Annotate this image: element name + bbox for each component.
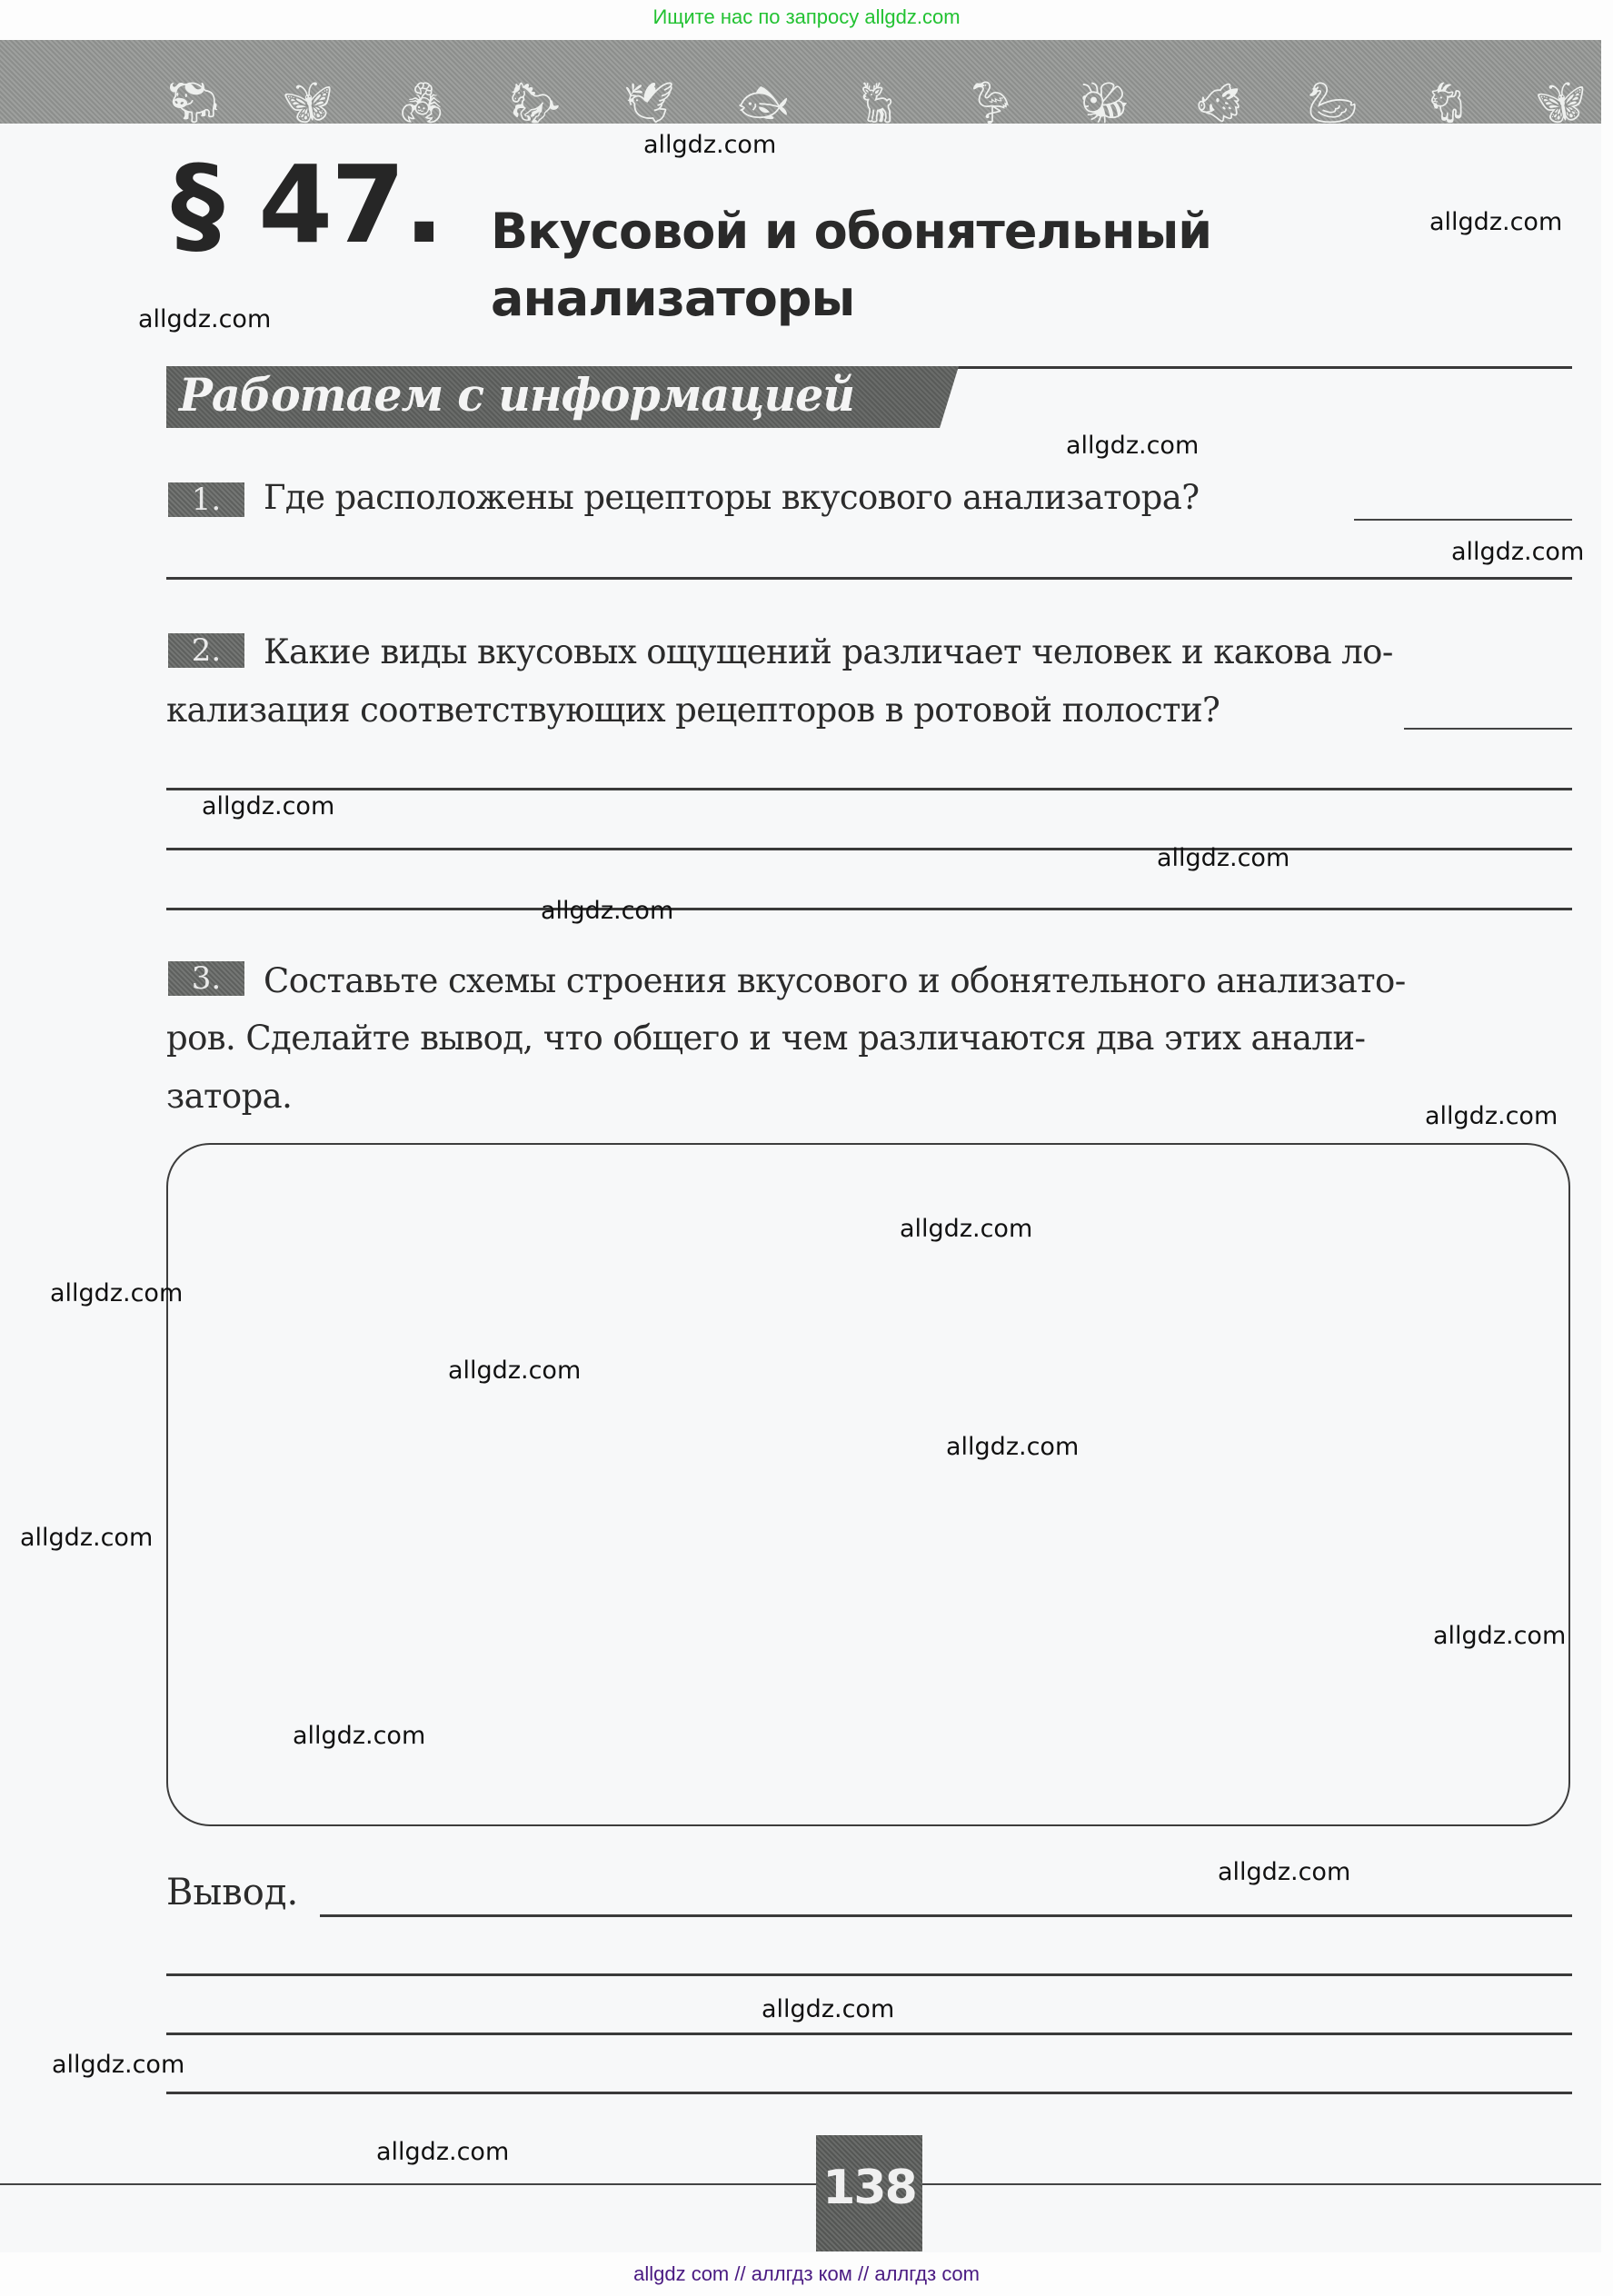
watermark: allgdz.com (376, 2138, 509, 2166)
chapter-title-line2: анализаторы (491, 265, 1309, 333)
scorpion-icon: 🦂︎ (396, 84, 447, 124)
answer-line[interactable] (1354, 519, 1572, 521)
question-text: Где расположены рецепторы вкусового анал… (264, 469, 1199, 527)
answer-line[interactable] (166, 1973, 1572, 1976)
answer-line[interactable] (166, 848, 1572, 850)
answer-line[interactable] (166, 788, 1572, 790)
answer-line[interactable] (1404, 728, 1572, 730)
chapter-title: Вкусовой и обонятельный анализаторы (491, 198, 1309, 333)
answer-line[interactable] (166, 2092, 1572, 2094)
animal-silhouettes: 🐃︎ 🦋︎ 🦂︎ 🐎︎ 🕊︎ 🐟︎ 🦌︎ 🦩︎ 🐝︎ 🐗︎ 🦢︎ 🐐︎ 🦋︎ (168, 71, 1586, 124)
answer-line[interactable] (166, 908, 1572, 910)
question-text: затора. (166, 1068, 292, 1126)
watermark: allgdz.com (1066, 432, 1199, 460)
watermark: allgdz.com (52, 2051, 184, 2079)
watermark: allgdz.com (762, 1995, 894, 2023)
page-number: 138 (816, 2161, 922, 2215)
answer-line[interactable] (166, 577, 1572, 580)
watermark: allgdz.com (541, 897, 673, 925)
search-hint-watermark: Ищите нас по запросу allgdz.com (0, 5, 1613, 29)
conclusion-label: Вывод. (166, 1872, 298, 1913)
section-heading: Работаем с информацией (166, 366, 959, 428)
question-text: ров. Сделайте вывод, что общего и чем ра… (166, 1009, 1365, 1068)
crane-icon: 🦢︎ (1307, 84, 1358, 124)
horse-icon: 🐎︎ (510, 84, 561, 124)
boar-icon: 🐗︎ (1193, 84, 1244, 124)
question-number-badge: 3. (168, 961, 244, 996)
footer-rule (0, 2183, 1601, 2185)
bottom-watermark-links: allgdz com // аллгдз ком // аллгдз com (0, 2262, 1613, 2286)
bison-icon: 🐃︎ (168, 84, 219, 124)
insect-icon: 🐝︎ (1080, 84, 1130, 124)
heron-icon: 🦩︎ (965, 84, 1016, 124)
fish-icon: 🐟︎ (738, 84, 789, 124)
answer-line[interactable] (166, 2033, 1572, 2035)
question-number-badge: 2. (168, 633, 244, 668)
watermark: allgdz.com (202, 792, 334, 820)
section-heading-text: Работаем с информацией (179, 368, 854, 422)
watermark: allgdz.com (448, 1357, 581, 1385)
moth-icon: 🦋︎ (1535, 84, 1586, 124)
watermark: allgdz.com (1451, 538, 1584, 566)
watermark: allgdz.com (1429, 208, 1562, 236)
watermark: allgdz.com (20, 1524, 153, 1552)
butterfly-icon: 🦋︎ (282, 84, 333, 124)
question-text: Какие виды вкусовых ощущений различает ч… (264, 623, 1393, 681)
watermark: allgdz.com (50, 1279, 183, 1307)
watermark: allgdz.com (1157, 844, 1289, 872)
chapter-number: § 47. (171, 151, 443, 258)
page-number-box: 138 (816, 2135, 922, 2251)
question-number-badge: 1. (168, 482, 244, 517)
chapter-title-line1: Вкусовой и обонятельный (491, 198, 1309, 265)
watermark: allgdz.com (138, 305, 271, 333)
deer-icon: 🦌︎ (851, 84, 902, 124)
antelope-icon: 🐐︎ (1421, 84, 1472, 124)
answer-line[interactable] (320, 1914, 1572, 1917)
question-text: Составьте схемы строения вкусового и обо… (264, 952, 1406, 1010)
watermark: allgdz.com (1425, 1102, 1558, 1130)
watermark: allgdz.com (1218, 1858, 1350, 1886)
bird-icon: 🕊︎ (623, 84, 674, 124)
watermark: allgdz.com (293, 1722, 425, 1750)
watermark: allgdz.com (1433, 1622, 1566, 1650)
watermark: allgdz.com (946, 1433, 1079, 1461)
watermark: allgdz.com (900, 1215, 1032, 1243)
watermark: allgdz.com (643, 131, 776, 159)
question-text: кализация соответствующих рецепторов в р… (166, 681, 1220, 740)
